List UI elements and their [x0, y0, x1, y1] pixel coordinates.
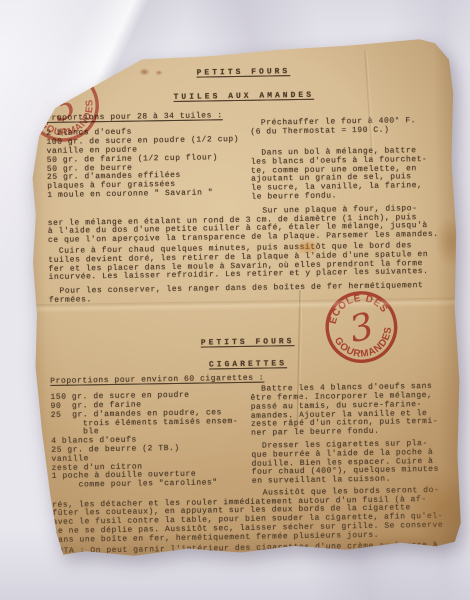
ingredient-list: 150 gr. de sucre en poudre 90 gr. de far… [50, 391, 247, 491]
step-beat: Battre les 4 blancs d'oeufs sans être fe… [250, 383, 447, 439]
recipe-section-tuiles: PETITS FOURS TUILES AUX AMANDES Proporti… [45, 66, 445, 306]
recipe-section-cigarettes: PETITS FOURS CIGARETTES Proportions pour… [50, 335, 449, 565]
nota-label: NOTA [53, 546, 75, 555]
recipe-title: CIGARETTES [209, 359, 287, 369]
recipe-title: TUILES AUX AMANDES [174, 91, 315, 102]
step-mix: Dans un bol à mélange, battre les blancs… [251, 147, 444, 203]
step-roll: rés, les détacher et les rouler immédiat… [52, 495, 449, 545]
nota-tail: la pistache. [53, 554, 117, 564]
ingredient-list: 2 blancs d'oeufs 100 gr. de sucre en pou… [46, 127, 247, 201]
step-store: Pour les conserver, les ranger dans des … [49, 282, 445, 306]
photo-background: PETITS FOURS TUILES AUX AMANDES Proporti… [0, 0, 470, 600]
recipe-category-heading: PETITS FOURS [197, 67, 291, 77]
typewritten-content: PETITS FOURS TUILES AUX AMANDES Proporti… [11, 36, 463, 567]
recipe-category-heading: PETITS FOURS [201, 337, 295, 347]
step-bake: Cuire à four chaud quelques minutes, pui… [48, 242, 445, 283]
nota-line: NOTA : On peut garnir l'intérieur des ci… [53, 541, 449, 565]
paper-shadow: PETITS FOURS TUILES AUX AMANDES Proporti… [15, 39, 459, 563]
proportions-heading: Proportions pour environ 60 cigarettes : [50, 374, 264, 386]
recipe-sheet: PETITS FOURS TUILES AUX AMANDES Proporti… [11, 36, 463, 567]
step-pipe: Dresser les cigarettes sur pla- que beur… [251, 440, 448, 487]
preheat-note: Préchauffer le four à 400° F. (6 du Ther… [250, 117, 442, 138]
